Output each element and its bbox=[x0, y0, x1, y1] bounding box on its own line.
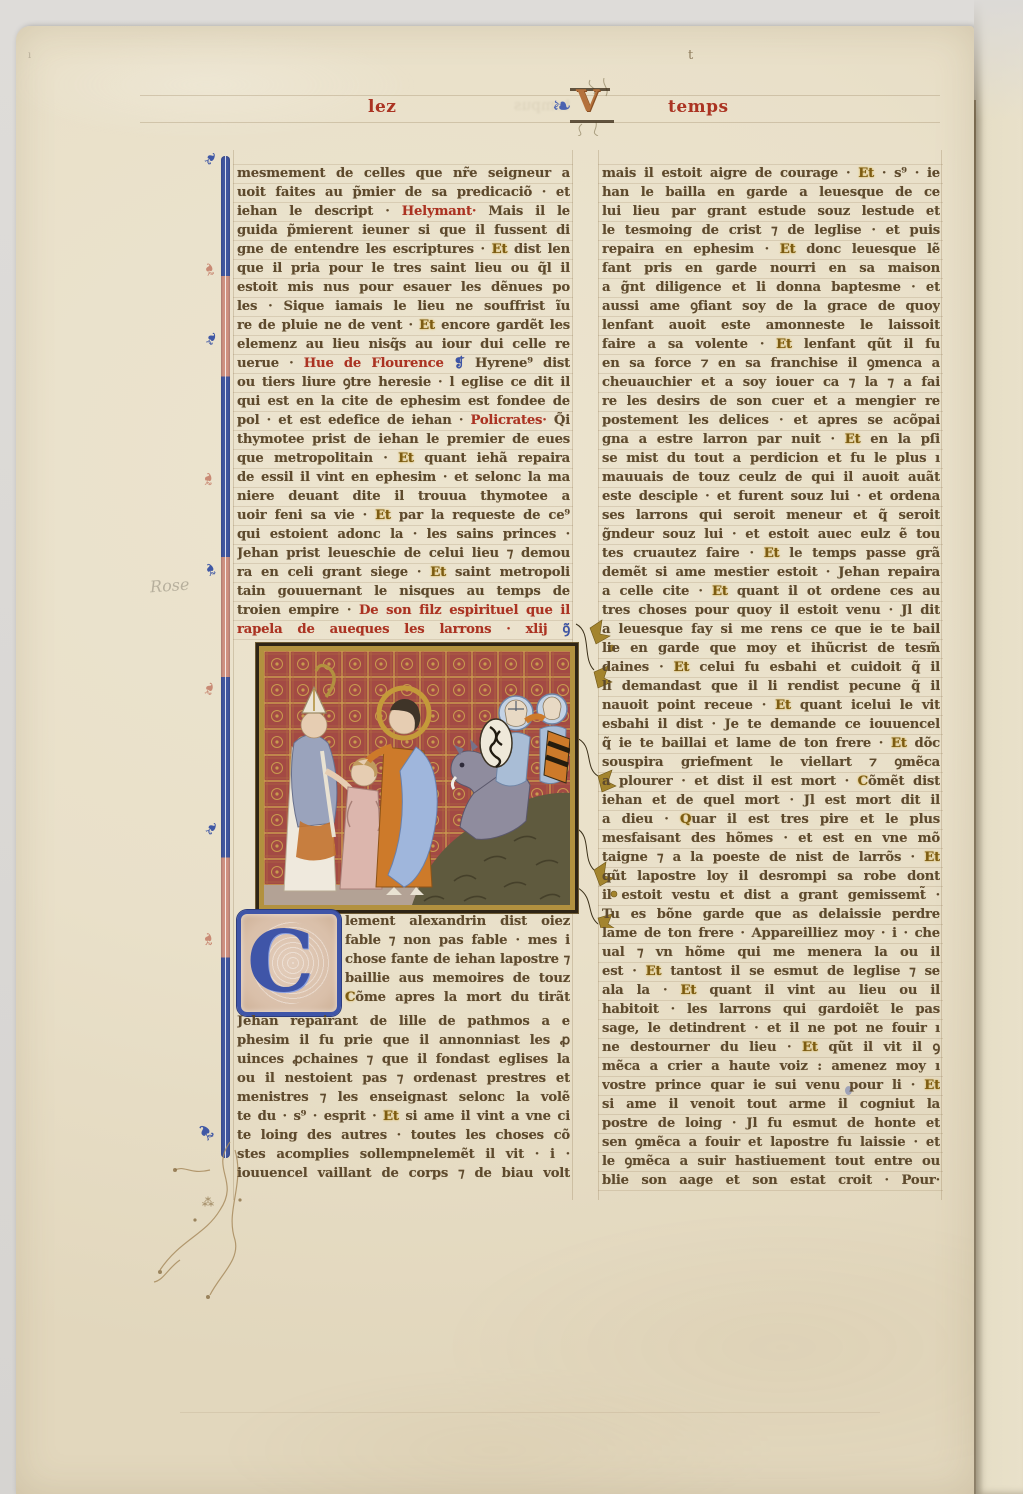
manuscript-line: chose fante de iehan lapostre ⁊ bbox=[345, 950, 570, 969]
manuscript-line: re les desirs de son cuer et a mengier r… bbox=[602, 392, 940, 411]
running-title-right: temps bbox=[668, 97, 729, 117]
manuscript-line: han le bailla en garde a leuesque de ce bbox=[602, 183, 940, 202]
manuscript-line: thymotee prist de iehan le premier de eu… bbox=[237, 430, 570, 449]
manuscript-line: Tu es bõne garde que as delaissie perdre bbox=[602, 905, 940, 924]
manuscript-line: repaira en ephesim · Et donc leuesque lẽ bbox=[602, 240, 940, 259]
manuscript-line: te du · s⁹ · esprit · Et si ame il vint … bbox=[237, 1107, 570, 1126]
manuscript-line: lenfant auoit este amonneste le laissoit bbox=[602, 316, 940, 335]
manuscript-line: baillie aus memoires de touz bbox=[345, 969, 570, 988]
manuscript-line: ual ⁊ vn hõme qui me menera la ou il bbox=[602, 943, 940, 962]
manuscript-line: sen ꝯmẽca a fouir et lapostre fu laissie… bbox=[602, 1133, 940, 1152]
manuscript-line: este desciple · et furent souz lui · et … bbox=[602, 487, 940, 506]
manuscript-line: fable ⁊ non pas fable · mes i bbox=[345, 931, 570, 950]
manuscript-line: rapela de aueques les larrons · xlij ꝯ̃ bbox=[237, 620, 570, 639]
manuscript-line: blie son aage et son estat croit · Pour· bbox=[602, 1171, 940, 1190]
manuscript-line: mesmement de celles que nr̃e seigneur a bbox=[237, 164, 570, 183]
manuscript-line: tes cruautez faire · Et le temps passe g… bbox=[602, 544, 940, 563]
manuscript-line: de essil il vint en ephesim · et selonc … bbox=[237, 468, 570, 487]
manuscript-line: a leuesque fay si me rens ce que ie te b… bbox=[602, 620, 940, 639]
manuscript-line: mẽca a crier a haute voiz : amenez moy ı bbox=[602, 1057, 940, 1076]
manuscript-line: ra en celi grant siege · Et saint metrop… bbox=[237, 563, 570, 582]
manuscript-line: lui lieu par grant estude souz lestude e… bbox=[602, 202, 940, 221]
manuscript-line: est · Et tantost il se esmut de leglise … bbox=[602, 962, 940, 981]
manuscript-line: gne de entendre les escriptures · Et dis… bbox=[237, 240, 570, 259]
manuscript-line: qui est en la cite de ephesim est fondee… bbox=[237, 392, 570, 411]
manuscript-line: g̃ndeur souz lui · et estoit auec eulz ẽ… bbox=[602, 525, 940, 544]
corner-mark: ı bbox=[28, 50, 31, 61]
manuscript-line: phesim il fu prie que il annonniast les … bbox=[237, 1031, 570, 1050]
manuscript-line: lie en garde que moy et ihũcrist de tesm… bbox=[602, 639, 940, 658]
gutter-shadow bbox=[974, 100, 976, 1494]
manuscript-line: uerue · Hue de Flourence ❡ Hyrene⁹ dist bbox=[237, 354, 570, 373]
manuscript-line: niere deuant dite il trouua thymotee a bbox=[237, 487, 570, 506]
manuscript-line: troien empire · De son filz espirituel q… bbox=[237, 601, 570, 620]
manuscript-line: se mist du tout a perdicion et fu le plu… bbox=[602, 449, 940, 468]
manuscript-line: mauuais de touz ceulz de qui il auoit au… bbox=[602, 468, 940, 487]
manuscript-line: souspira griefment le viellart ⁊ ꝯmẽca bbox=[602, 753, 940, 772]
manuscript-line: te loing des autres · toutes les choses … bbox=[237, 1126, 570, 1145]
manuscript-line: mais il estoit aigre de courage · Et · s… bbox=[602, 164, 940, 183]
manuscript-line: fant pris en garde nourri en sa maison bbox=[602, 259, 940, 278]
right-column-text: mais il estoit aigre de courage · Et · s… bbox=[602, 164, 940, 1190]
manuscript-line: postement les delices · et apres se acõp… bbox=[602, 411, 940, 430]
manuscript-line: sage, le detindrent · et il ne pot ne fo… bbox=[602, 1019, 940, 1038]
left-column-text-continued: Jehan repairant de lille de pathmos a ep… bbox=[237, 1012, 570, 1183]
manuscript-line: menistres ⁊ les enseignast selonc la vol… bbox=[237, 1088, 570, 1107]
margin-inscription: Rose bbox=[149, 575, 190, 597]
manuscript-line: a celle cite · Et quant il ot ordene ces… bbox=[602, 582, 940, 601]
manuscript-line: faire a sa volente · Et lenfant qũt il f… bbox=[602, 335, 940, 354]
manuscript-line: Jehan repairant de lille de pathmos a e bbox=[237, 1012, 570, 1031]
bar-border bbox=[221, 156, 230, 1158]
manuscript-line: mesfaisant des hõmes · et est en vne mõ bbox=[602, 829, 940, 848]
manuscript-line: Jehan prist leueschie de celui lieu ⁊ de… bbox=[237, 544, 570, 563]
manuscript-line: que il pria pour le tres saint lieu ou q… bbox=[237, 259, 570, 278]
manuscript-line: tain gouuernant le nisques au temps de bbox=[237, 582, 570, 601]
manuscript-line: tres choses pour quoy il estoit venu · J… bbox=[602, 601, 940, 620]
manuscript-line: aussi ame ꝯfiant soy de la grace de quoy bbox=[602, 297, 940, 316]
manuscript-line: le tesmoing de crist ⁊ de leglise · et p… bbox=[602, 221, 940, 240]
initial-letter: C bbox=[247, 916, 314, 1008]
manuscript-line: elemenz au lieu nisq̃s au iour dui celle… bbox=[237, 335, 570, 354]
manuscript-line: gna a estre larron par nuit · Et en la p… bbox=[602, 430, 940, 449]
manuscript-line: li demandast que il li rendist pecune q̃… bbox=[602, 677, 940, 696]
left-column-text: mesmement de celles que nr̃e seigneur au… bbox=[237, 164, 570, 639]
manuscript-line: a plourer · et dist il est mort · Cõmẽt … bbox=[602, 772, 940, 791]
manuscript-line: en sa force ⁊ en sa franchise il ꝯmenca … bbox=[602, 354, 940, 373]
manuscript-line: si ame il venoit tout arme il cogniut la bbox=[602, 1095, 940, 1114]
running-title-left: lez bbox=[368, 97, 396, 117]
manuscript-line: q̃ ie te baillai et lame de ton frere · … bbox=[602, 734, 940, 753]
manuscript-line: ou il nestoient pas ⁊ ordenast prestres … bbox=[237, 1069, 570, 1088]
manuscript-line: re de pluie ne de vent · Et encore gardẽ… bbox=[237, 316, 570, 335]
manuscript-line: habitoit · les larrons qui gardoiẽt le p… bbox=[602, 1000, 940, 1019]
miniature-painting bbox=[264, 651, 570, 905]
manuscript-line: daines · Et celui fu esbahi et cuidoit q… bbox=[602, 658, 940, 677]
miniature bbox=[256, 643, 578, 913]
decorated-initial-c: C bbox=[237, 910, 341, 1016]
manuscript-line: uoit faites au p̃mier de sa predicaciõ ·… bbox=[237, 183, 570, 202]
manuscript-line: le ꝯmẽca a suir hastiuement tout entre o… bbox=[602, 1152, 940, 1171]
manuscript-line: que metropolitain · Et quant iehã repair… bbox=[237, 449, 570, 468]
manuscript-line: les · Sique iamais le lieu ne souffrist … bbox=[237, 297, 570, 316]
manuscript-line: il estoit vestu et dist a grant gemissem… bbox=[602, 886, 940, 905]
adjacent-page-edge bbox=[974, 0, 1023, 1494]
manuscript-line: estoit mis nus pour esauer les dẽnues po bbox=[237, 278, 570, 297]
manuscript-line: demẽt si ame mestier estoit · Jehan repa… bbox=[602, 563, 940, 582]
manuscript-line: ala la · Et quant il vint au lieu ou il bbox=[602, 981, 940, 1000]
manuscript-line: esbahi il dist · Je te demande ce iouuen… bbox=[602, 715, 940, 734]
ink-bleedthrough: tempus bbox=[400, 96, 570, 118]
manuscript-line: qui estoient adonc la · les sains prince… bbox=[237, 525, 570, 544]
manuscript-line: lement alexandrin dist oiez bbox=[345, 912, 570, 931]
manuscript-line: pol · et est edefice de iehan · Policrat… bbox=[237, 411, 570, 430]
manuscript-line: iouuencel vaillant de corps ⁊ de biau vo… bbox=[237, 1164, 570, 1183]
manuscript-line: qũt lapostre loy il desrompi sa robe don… bbox=[602, 867, 940, 886]
manuscript-line: iehan le descript · Helymant· Mais il le bbox=[237, 202, 570, 221]
manuscript-line: Cõme apres la mort du tirãt bbox=[345, 988, 570, 1007]
manuscript-line: a dieu · Quar il est tres pire et le plu… bbox=[602, 810, 940, 829]
manuscript-line: guida p̃mierent ieuner si que il fussent… bbox=[237, 221, 570, 240]
manuscript-line: nauoit point receue · Et quant icelui le… bbox=[602, 696, 940, 715]
manuscript-line: vostre prince quar ie sui venu pour li ·… bbox=[602, 1076, 940, 1095]
manuscript-line: uinces ꝓchaines ⁊ que il fondast eglises… bbox=[237, 1050, 570, 1069]
manuscript-line: ne destourner du lieu · Et qũt il vit il… bbox=[602, 1038, 940, 1057]
manuscript-line: lame de ton frere · Appareilliez moy · i… bbox=[602, 924, 940, 943]
manuscript-line: a g̃nt diligence et li donna baptesme · … bbox=[602, 278, 940, 297]
left-column-indented-text: lement alexandrin dist oiezfable ⁊ non p… bbox=[345, 912, 570, 1007]
header-initial-letter: V bbox=[576, 84, 599, 119]
manuscript-line: ses larrons qui seroit meneur et q̃ sero… bbox=[602, 506, 940, 525]
manuscript-line: ou tiers liure ꝯtre heresie · l eglise c… bbox=[237, 373, 570, 392]
manuscript-line: stes acomplies sollempnelemẽt il vit · i… bbox=[237, 1145, 570, 1164]
manuscript-line: cheuauchier et a soy iouer ca ⁊ la ⁊ a f… bbox=[602, 373, 940, 392]
quire-mark: t bbox=[688, 48, 693, 63]
manuscript-line: taigne ⁊ a la poeste de nist de larrõs ·… bbox=[602, 848, 940, 867]
manuscript-line: postre de loing · Jl fu esmut de honte e… bbox=[602, 1114, 940, 1133]
manuscript-line: iehan et de quel mort · Jl est mort dit … bbox=[602, 791, 940, 810]
manuscript-line: uoir feni sa vie · Et par la requeste de… bbox=[237, 506, 570, 525]
